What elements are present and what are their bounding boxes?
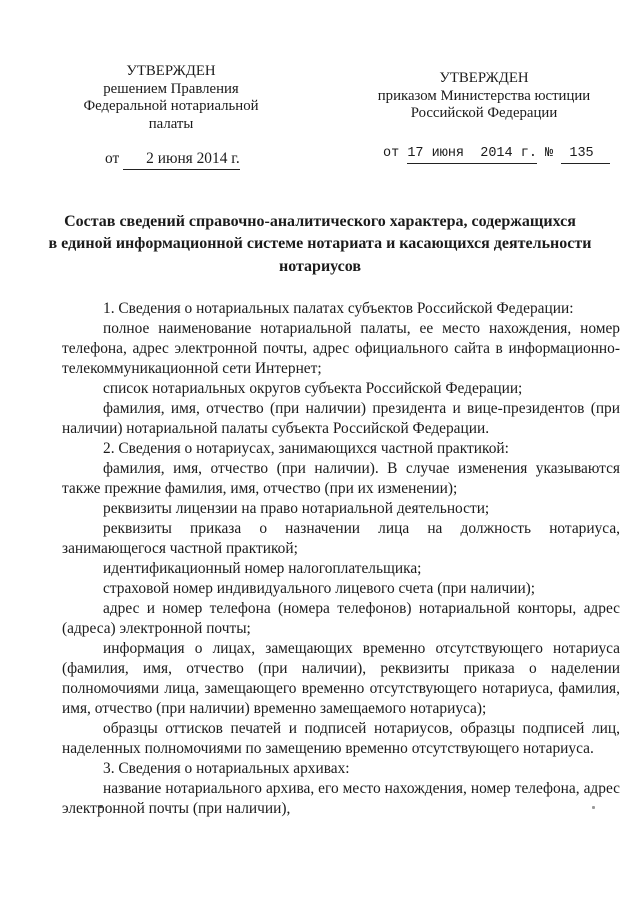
date-prefix: от [383, 146, 407, 161]
text-line: адрес и номер телефона (номера телефонов… [62, 599, 620, 619]
text-line: идентификационный номер налогоплательщик… [62, 559, 620, 579]
text-line: нотариусов [0, 256, 640, 278]
text-line: занимающегося частной практикой; [62, 539, 620, 559]
text-line: Состав сведений справочно-аналитического… [0, 211, 640, 233]
paragraph: информация о лицах, замещающих временно … [62, 639, 620, 719]
text-line: УТВЕРЖДЕН [372, 70, 596, 88]
text-line: палаты [73, 116, 269, 134]
approval-stamp-left: УТВЕРЖДЕНрешением ПравленияФедеральной н… [73, 63, 269, 133]
paragraph: 2. Сведения о нотариусах, занимающихся ч… [62, 439, 620, 459]
text-line: название нотариального архива, его место… [62, 779, 620, 799]
paragraph: 1. Сведения о нотариальных палатах субъе… [62, 299, 620, 319]
paragraph: адрес и номер телефона (номера телефонов… [62, 599, 620, 639]
date-value: 2 июня 2014 г. [146, 150, 240, 170]
approval-left-date-line: от 2 июня 2014 г. [105, 150, 240, 168]
text-line: 3. Сведения о нотариальных архивах: [62, 759, 620, 779]
numero-sign: № [537, 146, 561, 161]
paragraph: список нотариальных округов субъекта Рос… [62, 379, 620, 399]
text-line: информация о лицах, замещающих временно … [62, 639, 620, 659]
approval-right-date-line: от 17 июня 2014 г. № 135 [383, 146, 610, 161]
text-line: полномочиями лица, замещающего временно … [62, 679, 620, 699]
paragraph: реквизиты приказа о назначении лица на д… [62, 519, 620, 559]
text-line: 1. Сведения о нотариальных палатах субъе… [62, 299, 620, 319]
paragraph: фамилия, имя, отчество (при наличии) пре… [62, 399, 620, 439]
date-prefix: от [105, 150, 123, 167]
text-line: Российской Федерации [372, 105, 596, 123]
text-line: реквизиты лицензии на право нотариальной… [62, 499, 620, 519]
text-line: также прежние фамилия, имя, отчество (пр… [62, 479, 620, 499]
paragraph: фамилия, имя, отчество (при наличии). В … [62, 459, 620, 499]
text-line: полное наименование нотариальной палаты,… [62, 319, 620, 339]
text-line: решением Правления [73, 81, 269, 99]
text-line: список нотариальных округов субъекта Рос… [62, 379, 620, 399]
date-value: 17 июня 2014 г. [407, 146, 537, 164]
text-line: имя, отчество (при наличии) временно зам… [62, 699, 620, 719]
scan-speck [592, 806, 595, 809]
paragraph: образцы оттисков печатей и подписей нота… [62, 719, 620, 759]
text-line: телекоммуникационной сети Интернет; [62, 359, 620, 379]
document-body: 1. Сведения о нотариальных палатах субъе… [62, 299, 620, 819]
paragraph: реквизиты лицензии на право нотариальной… [62, 499, 620, 519]
text-line: (фамилия, имя, отчество (при наличии), р… [62, 659, 620, 679]
text-line: (адреса) электронной почты; [62, 619, 620, 639]
text-line: образцы оттисков печатей и подписей нота… [62, 719, 620, 739]
document-page: УТВЕРЖДЕНрешением ПравленияФедеральной н… [0, 0, 640, 905]
paragraph: название нотариального архива, его место… [62, 779, 620, 819]
scan-speck [99, 805, 103, 808]
text-line: наделенных полномочиями по замещению вре… [62, 739, 620, 759]
paragraph: страховой номер индивидуального лицевого… [62, 579, 620, 599]
text-line: фамилия, имя, отчество (при наличии). В … [62, 459, 620, 479]
paragraph: полное наименование нотариальной палаты,… [62, 319, 620, 379]
text-line: реквизиты приказа о назначении лица на д… [62, 519, 620, 539]
paragraph: 3. Сведения о нотариальных архивах: [62, 759, 620, 779]
document-number-value: 135 [561, 146, 610, 164]
text-line: приказом Министерства юстиции [372, 88, 596, 106]
text-line: в единой информационной системе нотариат… [0, 233, 640, 255]
text-line: страховой номер индивидуального лицевого… [62, 579, 620, 599]
text-line: Федеральной нотариальной [73, 98, 269, 116]
text-line: 2. Сведения о нотариусах, занимающихся ч… [62, 439, 620, 459]
text-line: наличии) нотариальной палаты субъекта Ро… [62, 419, 620, 439]
paragraph: идентификационный номер налогоплательщик… [62, 559, 620, 579]
date-underline-blank [123, 150, 146, 170]
text-line: телефона, адрес электронной почты, адрес… [62, 339, 620, 359]
approval-stamp-right: УТВЕРЖДЕНприказом Министерства юстицииРо… [372, 70, 596, 123]
text-line: УТВЕРЖДЕН [73, 63, 269, 81]
text-line: электронной почты (при наличии), [62, 799, 620, 819]
text-line: фамилия, имя, отчество (при наличии) пре… [62, 399, 620, 419]
document-title: Состав сведений справочно-аналитического… [0, 211, 640, 278]
